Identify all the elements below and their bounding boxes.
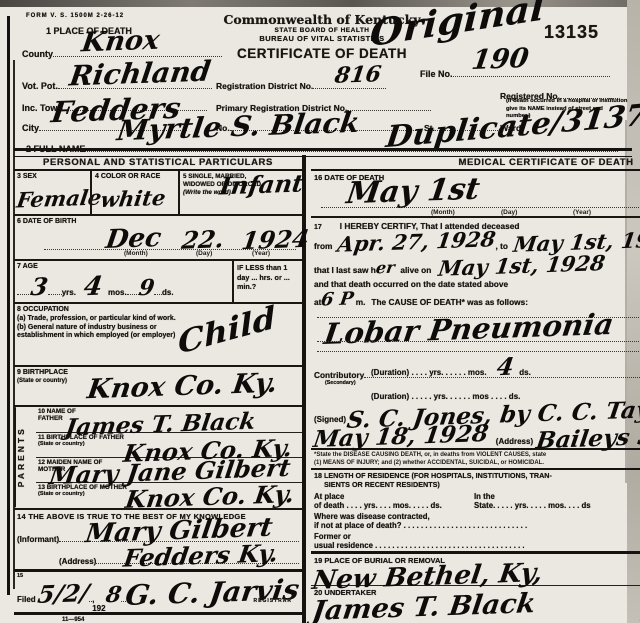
age-field: 7 AGE 3 yrs. 4 mos. 9 ds. [14,261,232,302]
personal-particulars-column: PERSONAL AND STATISTICAL PARTICULARS 3 S… [14,155,305,623]
birthplace-value: Knox Co. Ky. [86,370,280,404]
parents-label: PARENTS [14,407,36,507]
birthplace-field: 9 BIRTHPLACE (State or country) Knox Co.… [14,367,302,407]
sex-field: 3 SEX Female [14,171,90,214]
filed-year-digit: 8 [104,584,123,607]
full-name-value: Myrtle S. Black [115,109,361,145]
ds-label: ds. [162,288,174,297]
burial-row: 19 PLACE OF BURIAL OR REMOVAL New Bethel… [311,551,640,584]
dod-day-caption: (Day) [501,209,517,216]
where-contracted-line-2: if not at place of death? . . . . . . . … [314,521,640,530]
occupation-b-label: (b) General nature of industry business … [17,324,187,342]
at-place-bottom-label: of death . . . . yrs. . . . mos. . . . .… [314,501,474,510]
informant-label: (Informant) [17,535,59,544]
at-place-top-label: At place [314,492,474,501]
medical-certificate-column: MEDICAL CERTIFICATE OF DEATH 16 DATE OF … [305,155,640,623]
to-label: , to [495,241,507,251]
dotted-leader [48,284,62,295]
time-of-death-value: 6 P [320,290,355,309]
duration1-ds-label: ds. [519,368,531,377]
death-certificate-scan: FORM V. S. 1500M 2-26-12 1 PLACE OF DEAT… [0,0,640,623]
filed-label: Filed [17,595,36,604]
sex-race-marital-row: 3 SEX Female 4 COLOR OR RACE white 5 SIN… [14,171,302,216]
alive-on-label: alive on [400,265,431,275]
father-name-field: 10 NAME OF FATHER James T. Black [36,407,302,432]
date-of-death-field: 16 DATE OF DEATH May 1st 1928 (Month) (D… [311,171,640,218]
certification-block: 17 I HEREBY CERTIFY, That I attended dec… [311,218,640,309]
county-value: Knox [80,27,161,57]
certificate-body: PERSONAL AND STATISTICAL PARTICULARS 3 S… [14,155,632,623]
last-saw-her: er [375,259,396,276]
undertaker-value: James T. Black [310,590,537,623]
year-caption: (Year) [252,250,270,257]
if-less-note: IF LESS than 1 day ... hrs. or ... min.? [237,263,299,291]
dod-month-day-value: May 1st [345,175,482,210]
death-occurred-text: and that death occurred on the date stat… [314,279,640,289]
cause-of-death-value: Lobar Pneumonia [322,310,615,349]
reg-district-value: 816 [333,63,382,87]
mother-bp-value: Knox Co. Ky. [124,482,296,512]
footnote-line-2: (1) MEANS OF INJURY; and (2) whether ACC… [314,459,640,467]
dotted-leader [154,284,162,295]
age-months-value: 4 [82,274,104,301]
file-no-label: File No. [420,69,453,79]
if-less-box: IF LESS than 1 day ... hrs. or ... min.? [232,261,302,302]
dotted-leader [127,284,139,295]
sex-label: 3 SEX [17,173,87,182]
informant-address-value: Fedders Ky. [122,541,280,570]
mother-birthplace-field: 13 BIRTHPLACE OF MOTHER (State or countr… [36,483,302,507]
dob-field: 6 DATE OF BIRTH Dec 22. 1924 (Month) (Da… [14,216,302,261]
secondary-hint: (Secondary) [325,380,640,386]
registrar-signature: G. C. Jarvis [124,576,301,610]
informant-address-label: (Address) [59,557,96,566]
dotted-leader [317,341,640,342]
medical-section-title: MEDICAL CERTIFICATE OF DEATH [311,155,640,171]
dotted-leader [321,207,640,208]
month-caption: (Month) [124,250,148,257]
where-contracted-line-1: Where was disease contracted, [314,512,640,521]
sign-date-value: May 18, 1928 [312,422,490,451]
cause-of-death-block: Lobar Pneumonia (Duration) . . . . yrs. … [311,309,640,365]
marital-value: Infant [218,172,305,199]
race-value: white [99,187,167,210]
filed-year-printed: , 192 [92,595,105,613]
sign-date-address-field: May 18, 1928 (Address) Baileys Switch, K… [311,425,640,448]
dotted-leader [17,284,31,295]
occupation-field: 8 OCCUPATION (a) Trade, profession, or p… [14,304,302,367]
informant-block: 14 THE ABOVE IS TRUE TO THE BEST OF MY K… [14,510,302,572]
registrar-label: REGISTRAR [254,598,292,604]
former-residence-line-1: Former or [314,532,640,541]
undertaker-row: 20 UNDERTAKER James T. Black ADDRESS Fed… [311,585,640,623]
residence-heading-1: 18 LENGTH OF RESIDENCE (FOR HOSPITALS, I… [314,471,640,480]
in-the-top-label: In the [474,492,495,501]
duration-line-1: (Duration) . . . . yrs. . . . . . mos. 4… [371,355,640,379]
former-residence-line-2: usual residence . . . . . . . . . . . . … [314,541,640,550]
parents-rows: 10 NAME OF FATHER James T. Black 11 BIRT… [36,407,302,507]
age-row: 7 AGE 3 yrs. 4 mos. 9 ds. [14,261,302,304]
race-label: 4 COLOR OR RACE [95,173,175,182]
alive-on-value: May 1st, 1928 [437,252,606,279]
dotted-leader [317,351,640,352]
signed-label: (Signed) [314,415,346,424]
form-code: 11—954 [62,617,302,623]
from-label: from [314,241,332,251]
undertaker-field: 20 UNDERTAKER James T. Black [311,586,640,623]
filed-row: 15 Filed 5/2/ , 192 8 G. C. Jarvis REGIS… [14,572,302,615]
sign-address-label: (Address) [496,437,533,446]
vot-pot-value: Richland [68,58,213,91]
filed-date-value: 5/2/ [36,581,91,607]
occupation-a-label: (a) Trade, profession, or particular kin… [17,315,187,324]
attended-from-value: Apr. 27, 1928 [337,228,498,254]
footnote-line-1: *State the DISEASE CAUSING DEATH, or, in… [314,451,640,459]
form-number-line: FORM V. S. 1500M 2-26-12 [26,13,124,19]
dod-month-caption: (Month) [431,209,455,216]
personal-section-title: PERSONAL AND STATISTICAL PARTICULARS [14,155,302,171]
certify-no: 17 [314,224,322,231]
cause-intro: The CAUSE OF DEATH* was as follows: [371,297,528,307]
marital-field: 5 SINGLE, MARRIED, WIDOWED OR DIVORCED (… [178,171,302,214]
county-label: County [22,49,53,59]
certificate-header: FORM V. S. 1500M 2-26-12 1 PLACE OF DEAT… [0,0,640,152]
m-label: m. [356,297,366,307]
reg-district-label: Registration District No. [216,81,313,91]
age-days-value: 9 [137,277,156,300]
dod-year-caption: (Year) [573,209,591,216]
parents-block: PARENTS 10 NAME OF FATHER James T. Black… [14,407,302,509]
duration1-months-value: 4 [495,354,515,379]
contributory-label: Contributory [314,370,364,380]
mos-label: mos. [108,288,127,297]
day-caption: (Day) [196,250,212,257]
burial-place-field: 19 PLACE OF BURIAL OR REMOVAL New Bethel… [311,554,640,584]
last-saw-text: that I last saw h [314,265,376,275]
city-label: City [22,123,39,133]
residence-block: 18 LENGTH OF RESIDENCE (FOR HOSPITALS, I… [311,468,640,551]
race-field: 4 COLOR OR RACE white [90,171,178,214]
vot-pot-label: Vot. Pot. [22,81,58,91]
age-years-value: 3 [29,275,49,300]
stamp-number: 13135 [544,22,599,43]
state-bottom-label: State. . . . . yrs. . . . . mos. . . . d… [474,501,591,510]
duration1-label: (Duration) . . . . yrs. . . . . . mos. [371,368,487,377]
residence-heading-2: SIENTS OR RECENT RESIDENTS) [324,480,640,489]
yrs-label: yrs. [62,288,76,297]
file-no-value: 190 [470,45,531,74]
